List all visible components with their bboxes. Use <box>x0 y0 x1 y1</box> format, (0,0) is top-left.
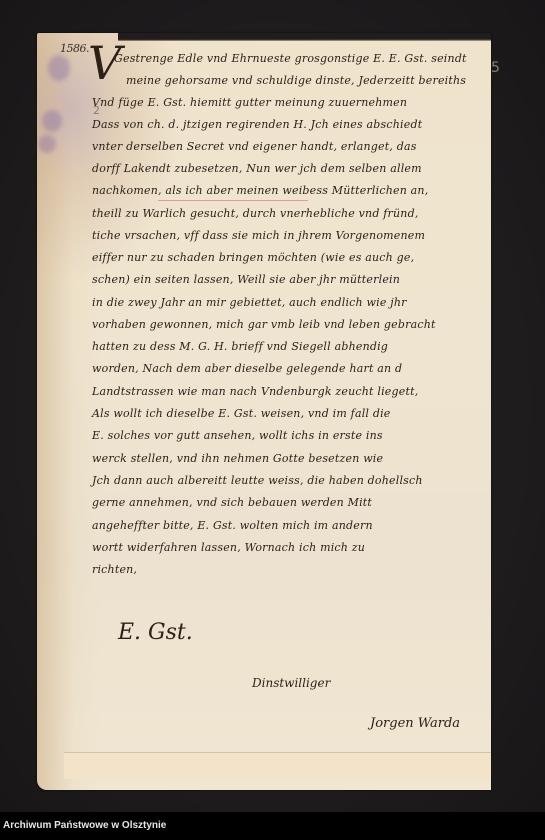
manuscript-line: schen) ein seiten lassen, Weill sie aber… <box>92 273 400 286</box>
water-stain <box>38 135 56 153</box>
archive-name-label: Archiwum Państwowe w Olsztynie <box>3 820 166 831</box>
signature: Jorgen Warda <box>370 716 460 731</box>
manuscript-line: nachkomen, als ich aber meinen weibess M… <box>92 184 428 197</box>
manuscript-line: vnter derselben Secret vnd eigener handt… <box>92 140 417 153</box>
manuscript-line: gerne annehmen, vnd sich bebauen werden … <box>92 496 372 509</box>
manuscript-line: werck stellen, vnd ihn nehmen Gotte bese… <box>92 452 383 465</box>
archive-footer-bar: Archiwum Państwowe w Olsztynie <box>0 812 545 840</box>
manuscript-line: wortt widerfahren lassen, Wornach ich mi… <box>92 541 365 554</box>
manuscript-line: worden, Nach dem aber dieselbe gelegende… <box>92 362 402 375</box>
closing-abbreviation: E. Gst. <box>118 620 193 645</box>
manuscript-line: Landtstrassen wie man nach Vndenburgk ze… <box>92 385 418 398</box>
manuscript-line: tiche vrsachen, vff dass sie mich in jhr… <box>92 229 425 242</box>
manuscript-line: Als wollt ich dieselbe E. Gst. weisen, v… <box>92 407 391 420</box>
paper-fold-strip <box>64 752 491 779</box>
manuscript-line: Dass von ch. d. jtzigen regirenden H. Jc… <box>92 118 422 131</box>
closing-phrase: Dinstwilliger <box>252 676 330 690</box>
manuscript-line: dorff Lakendt zubesetzen, Nun wer jch de… <box>92 162 422 175</box>
manuscript-line: Gestrenge Edle vnd Ehrnueste grosgonstig… <box>114 52 467 65</box>
manuscript-line: Vnd füge E. Gst. hiemitt gutter meinung … <box>92 96 407 109</box>
manuscript-line: richten, <box>92 563 137 576</box>
paper-torn-edge <box>118 33 491 40</box>
water-stain <box>48 55 70 81</box>
manuscript-line: eiffer nur zu schaden bringen möchten (w… <box>92 251 414 264</box>
manuscript-line: in die zwey Jahr an mir gebiettet, auch … <box>92 296 407 309</box>
archive-reference-number: 1586. <box>60 42 89 55</box>
manuscript-line: hatten zu dess M. G. H. brieff vnd Siege… <box>92 340 388 353</box>
manuscript-line: vorhaben gewonnen, mich gar vmb leib vnd… <box>92 318 436 331</box>
manuscript-line: Jch dann auch albereitt leutte weiss, di… <box>92 474 423 487</box>
red-pencil-underline <box>158 200 308 201</box>
manuscript-line: angeheffter bitte, E. Gst. wolten mich i… <box>92 519 373 532</box>
manuscript-line: E. solches vor gutt ansehen, wollt ichs … <box>92 429 383 442</box>
folio-number-right: 5 <box>491 60 500 76</box>
manuscript-line: theill zu Warlich gesucht, durch vnerheb… <box>92 207 419 220</box>
manuscript-line: meine gehorsame vnd schuldige dinste, Je… <box>126 74 466 87</box>
water-stain <box>42 110 62 132</box>
